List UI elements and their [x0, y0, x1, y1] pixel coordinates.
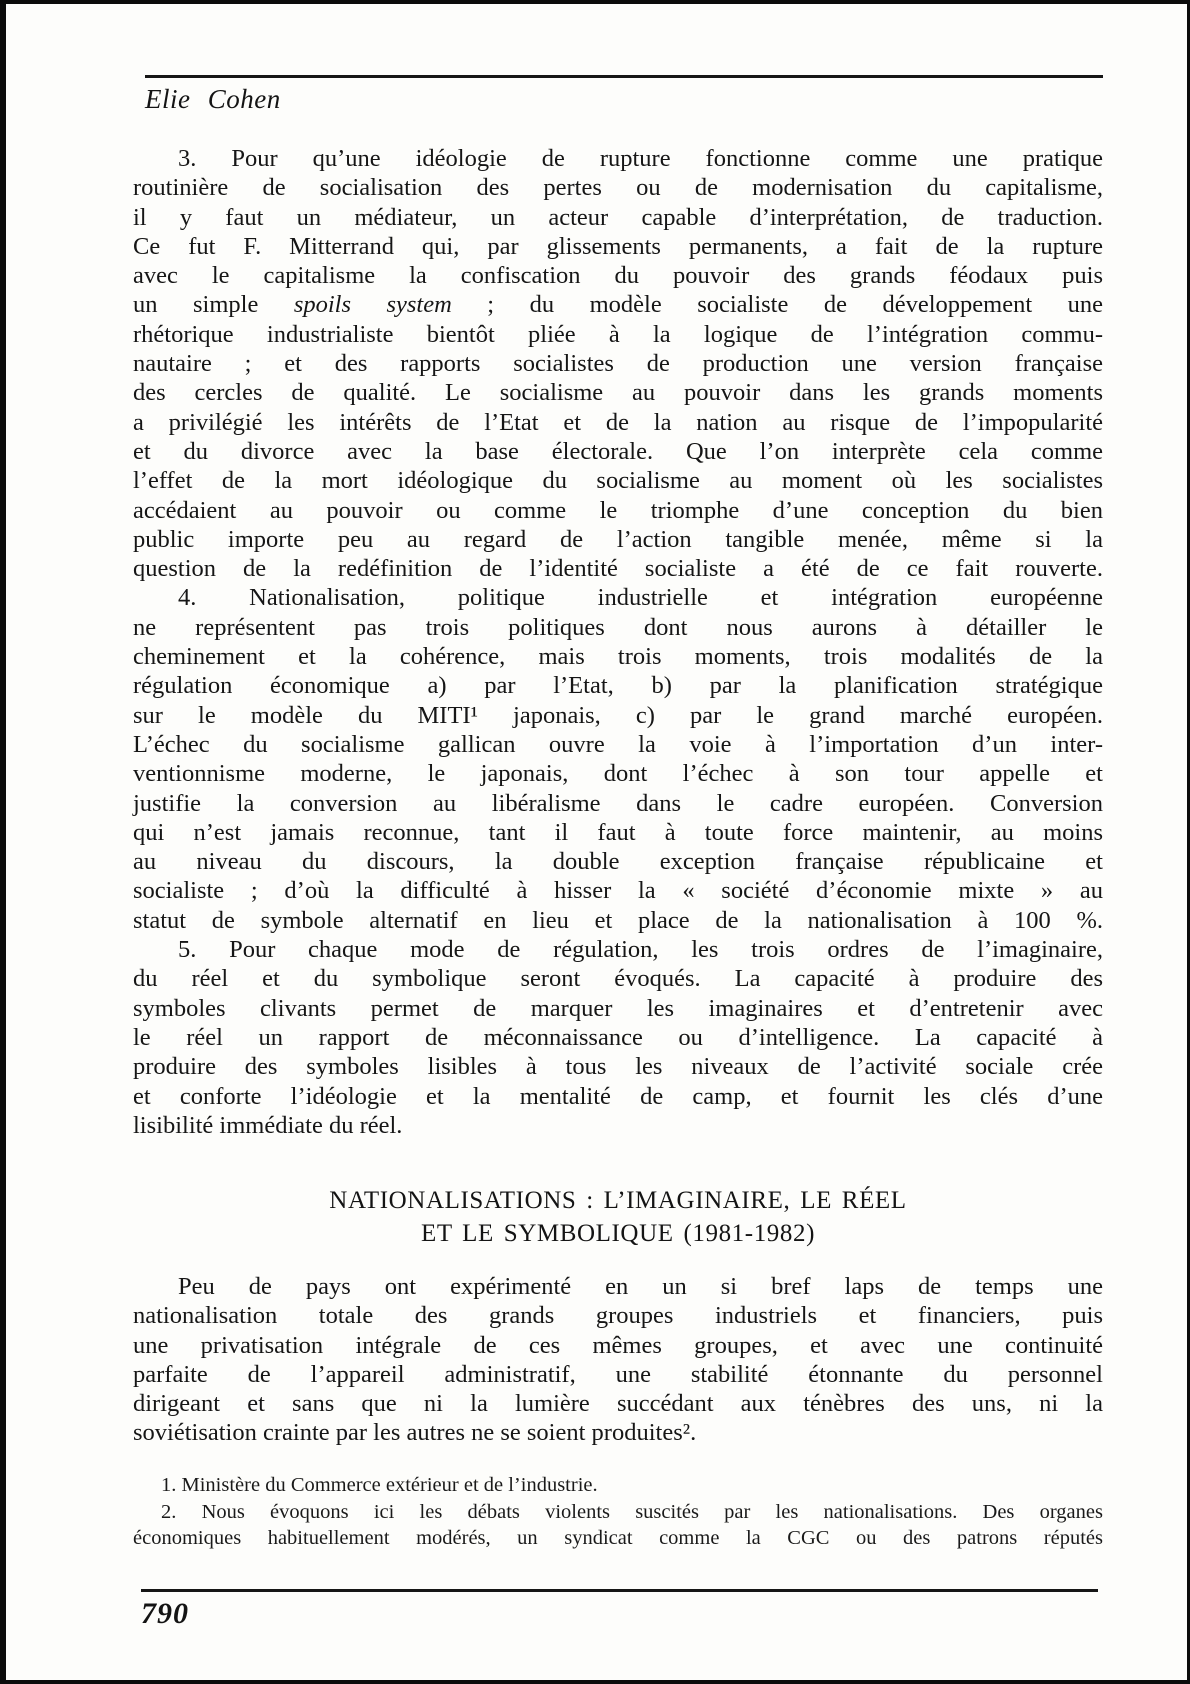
- page-number: 790: [141, 1595, 189, 1633]
- footnote-line: 2. Nous évoquons ici les débats violents…: [133, 1499, 1103, 1526]
- footnotes-block: 1. Ministère du Commerce extérieur et de…: [133, 1472, 1103, 1552]
- paragraph: 5. Pour chaque mode de régulation, les t…: [133, 935, 1103, 1140]
- text-line: lisibilité immédiate du réel.: [133, 1111, 1103, 1140]
- text-line: question de la redéfinition de l’identit…: [133, 554, 1103, 583]
- text-line: une privatisation intégrale de ces mêmes…: [133, 1331, 1103, 1360]
- text-line: au niveau du discours, la double excepti…: [133, 847, 1103, 876]
- text-line: Peu de pays ont expérimenté en un si bre…: [133, 1272, 1103, 1301]
- text-line: ventionnisme moderne, le japonais, dont …: [133, 759, 1103, 788]
- text-line: parfaite de l’appareil administratif, un…: [133, 1360, 1103, 1389]
- text-line: nautaire ; et des rapports socialistes d…: [133, 349, 1103, 378]
- text-line: routinière de socialisation des pertes o…: [133, 173, 1103, 202]
- paragraph: 4. Nationalisation, politique industriel…: [133, 583, 1103, 935]
- text-line: rhétorique industrialiste bientôt pliée …: [133, 320, 1103, 349]
- text-line: régulation économique a) par l’Etat, b) …: [133, 671, 1103, 700]
- text-line: public importe peu au regard de l’action…: [133, 525, 1103, 554]
- text-line: dirigeant et sans que ni la lumière succ…: [133, 1389, 1103, 1418]
- text-line: statut de symbole alternatif en lieu et …: [133, 906, 1103, 935]
- scanned-book-page: { "page": { "background_color": "#fdfdfb…: [0, 0, 1190, 1684]
- text-line: il y faut un médiateur, un acteur capabl…: [133, 203, 1103, 232]
- text-line: nationalisation totale des grands groupe…: [133, 1301, 1103, 1330]
- text-line: cheminement et la cohérence, mais trois …: [133, 642, 1103, 671]
- text-line: accédaient au pouvoir ou comme le triomp…: [133, 496, 1103, 525]
- text-line: 3. Pour qu’une idéologie de rupture fonc…: [133, 144, 1103, 173]
- text-line: 4. Nationalisation, politique industriel…: [133, 583, 1103, 612]
- main-text-block: 3. Pour qu’une idéologie de rupture fonc…: [133, 144, 1103, 1140]
- text-line: l’effet de la mort idéologique du social…: [133, 466, 1103, 495]
- section-heading-line2: ET LE SYMBOLIQUE (1981-1982): [133, 1217, 1103, 1250]
- footer-rule: [141, 1589, 1098, 1592]
- section-text-block: Peu de pays ont expérimenté en un si bre…: [133, 1272, 1103, 1448]
- author-name: Elie Cohen: [145, 83, 1103, 115]
- text-line: du réel et du symbolique seront évoqués.…: [133, 964, 1103, 993]
- text-line: L’échec du socialisme gallican ouvre la …: [133, 730, 1103, 759]
- text-line: des cercles de qualité. Le socialisme au…: [133, 378, 1103, 407]
- text-line: et du divorce avec la base électorale. Q…: [133, 437, 1103, 466]
- footnote-line: économiques habituellement modérés, un s…: [133, 1525, 1103, 1552]
- text-line: socialiste ; d’où la difficulté à hisser…: [133, 876, 1103, 905]
- text-line: a privilégié les intérêts de l’Etat et d…: [133, 408, 1103, 437]
- text-line: sur le modèle du MITI¹ japonais, c) par …: [133, 701, 1103, 730]
- text-line: avec le capitalisme la confiscation du p…: [133, 261, 1103, 290]
- text-line: justifie la conversion au libéralisme da…: [133, 789, 1103, 818]
- text-line: produire des symboles lisibles à tous le…: [133, 1052, 1103, 1081]
- book-page: Elie Cohen 3. Pour qu’une idéologie de r…: [6, 4, 1187, 1680]
- section-heading-line1: NATIONALISATIONS : L’IMAGINAIRE, LE RÉEL: [133, 1184, 1103, 1217]
- text-line: symboles clivants permet de marquer les …: [133, 994, 1103, 1023]
- text-line: et conforte l’idéologie et la mentalité …: [133, 1082, 1103, 1111]
- section-heading: NATIONALISATIONS : L’IMAGINAIRE, LE RÉEL…: [133, 1184, 1103, 1250]
- text-line: ne représentent pas trois politiques don…: [133, 613, 1103, 642]
- footnote-line: 1. Ministère du Commerce extérieur et de…: [133, 1472, 1103, 1499]
- running-header-rule: Elie Cohen: [145, 75, 1103, 115]
- text-line: soviétisation crainte par les autres ne …: [133, 1418, 1103, 1447]
- text-line: 5. Pour chaque mode de régulation, les t…: [133, 935, 1103, 964]
- paragraph: Peu de pays ont expérimenté en un si bre…: [133, 1272, 1103, 1448]
- text-line: le réel un rapport de méconnaissance ou …: [133, 1023, 1103, 1052]
- text-line: Ce fut F. Mitterrand qui, par glissement…: [133, 232, 1103, 261]
- paragraph: 3. Pour qu’une idéologie de rupture fonc…: [133, 144, 1103, 583]
- text-line: un simple spoils system ; du modèle soci…: [133, 290, 1103, 319]
- text-line: qui n’est jamais reconnue, tant il faut …: [133, 818, 1103, 847]
